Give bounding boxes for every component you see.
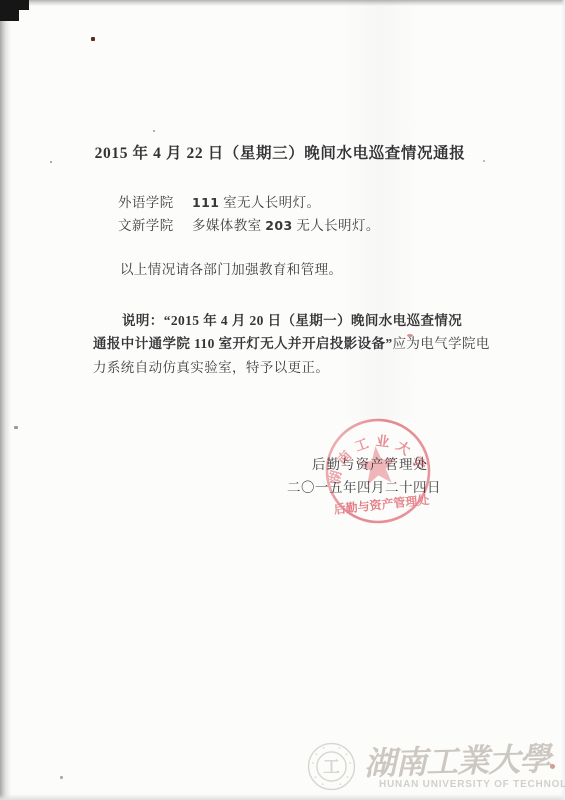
note-line-2: 通报中计通学院 110 室开灯无人并开启投影设备”应为电气学院电 xyxy=(93,332,490,352)
department-name: 外语学院 xyxy=(118,191,192,211)
official-seal: 湖南工业大学 后勤与资产管理处 xyxy=(312,405,444,537)
scanner-right-edge xyxy=(561,0,565,800)
scan-speck xyxy=(60,776,63,779)
room-number: 203 xyxy=(265,218,292,233)
request-line: 以上情况请各部门加强教育和管理。 xyxy=(120,258,342,278)
scan-shading xyxy=(340,0,420,420)
inspection-item-row: 文新学院多媒体教室 203 无人长明灯。 xyxy=(118,214,380,234)
inspection-item-row: 外语学院111 室无人长明灯。 xyxy=(118,191,320,211)
issue-text: 室无人长明灯。 xyxy=(219,195,320,210)
seal-department-text: 后勤与资产管理处 xyxy=(333,492,430,517)
scan-corner-shadow xyxy=(0,0,19,21)
svg-text:工: 工 xyxy=(323,757,340,776)
note-label: 说明： xyxy=(122,313,164,328)
watermark-red-dot xyxy=(550,764,555,769)
note-quote-part2: 通报中计通学院 110 室开灯无人并开启投影设备” xyxy=(93,336,393,351)
scanner-left-edge xyxy=(0,0,11,800)
scan-speck xyxy=(50,161,52,163)
university-name-cn-watermark: 湖南工業大學 xyxy=(363,733,564,784)
scan-speck xyxy=(483,160,485,162)
issue-prefix: 多媒体教室 xyxy=(192,218,265,233)
note-line-1: 说明：“2015 年 4 月 20 日（星期一）晚间水电巡查情况 xyxy=(122,309,462,329)
notice-title: 2015 年 4 月 22 日（星期三）晚间水电巡查情况通报 xyxy=(80,141,480,163)
department-name: 文新学院 xyxy=(118,214,192,234)
scanner-top-edge xyxy=(0,0,565,6)
scanner-bottom-edge xyxy=(0,794,565,800)
note-line-3: 力系统自动仿真实验室，特予以更正。 xyxy=(93,356,329,376)
note-quote-part1: “2015 年 4 月 20 日（星期一）晚间水电巡查情况 xyxy=(164,313,462,328)
scan-speck xyxy=(153,130,155,132)
university-logo-icon: 工 xyxy=(305,740,358,793)
scan-speck xyxy=(14,426,18,429)
room-number: 111 xyxy=(192,195,219,210)
note-correction: 应为电气学院电 xyxy=(393,336,490,351)
university-name-en-watermark: HUNAN UNIVERSITY OF TECHNOLOGY xyxy=(379,779,565,790)
issue-text: 无人长明灯。 xyxy=(293,218,380,233)
scan-speck xyxy=(91,37,95,41)
